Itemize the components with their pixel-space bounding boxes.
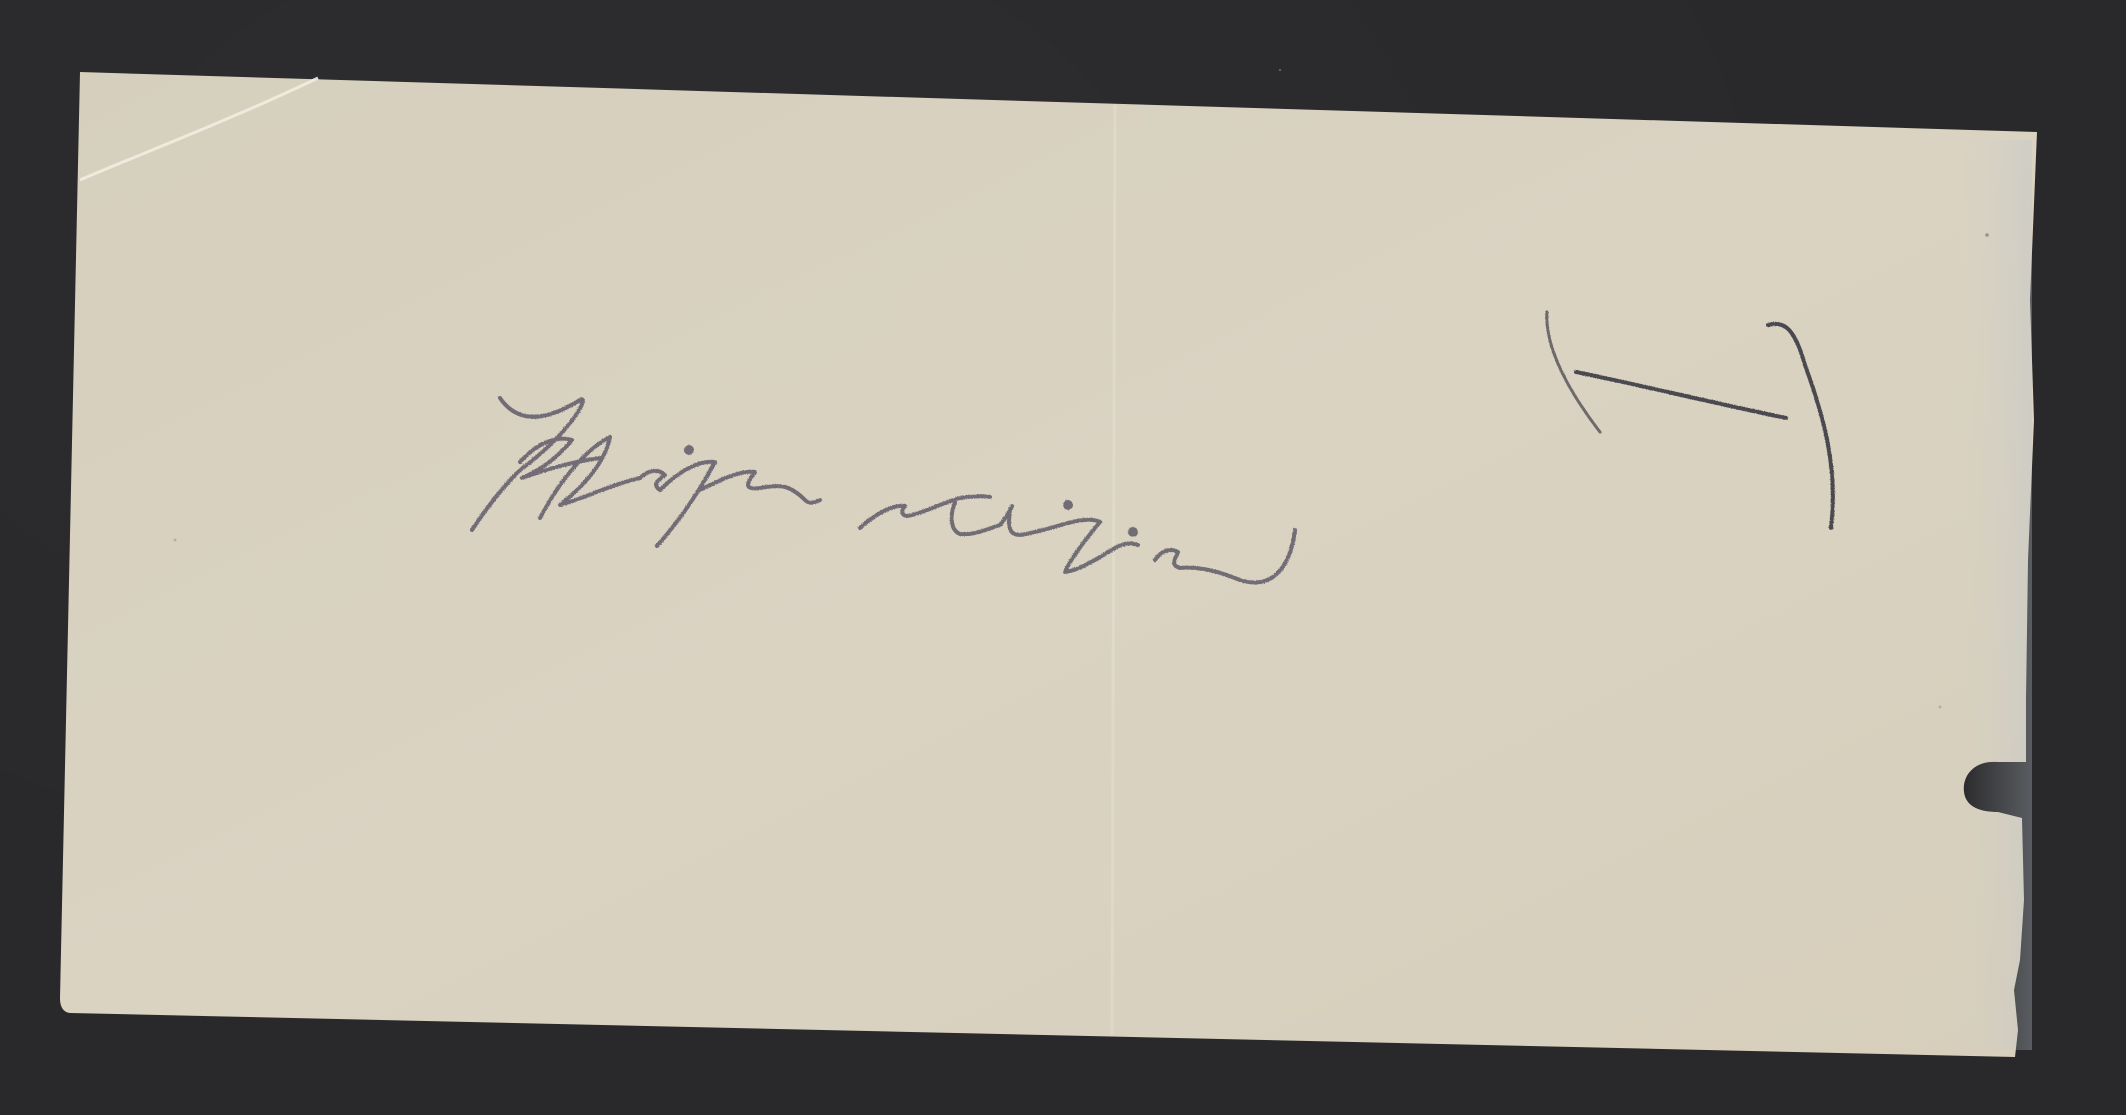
- paper-slip: [60, 72, 2037, 1057]
- edge-tint: [1960, 140, 2032, 1050]
- scanned-paper-slip: [0, 0, 2126, 1115]
